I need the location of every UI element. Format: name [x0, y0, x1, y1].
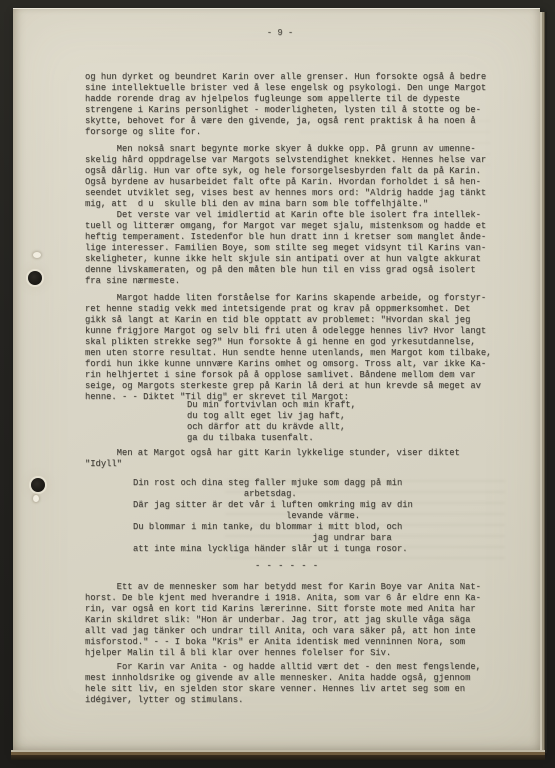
hole-punch-top	[28, 271, 42, 285]
stacked-pages-right-edge	[540, 12, 547, 753]
poem-til-dig: Du min fortvivlan och min kraft, du tog …	[187, 400, 356, 444]
page-number: - 9 -	[85, 28, 475, 39]
paragraph-continuation: og hun dyrket og beundret Karin over all…	[85, 72, 486, 138]
stacked-pages-bottom-edge	[11, 750, 545, 760]
paper-tear-top	[33, 252, 41, 258]
paragraph-idyll-intro: Men at Margot også har gitt Karin lykkel…	[85, 448, 460, 470]
poem-idyll: Din rost och dina steg faller mjuke som …	[133, 478, 413, 555]
paragraph-isolation: Det verste var vel imidlertid at Karin o…	[85, 210, 486, 287]
paragraph-anita-intro: Ett av de mennesker som har betydd mest …	[85, 582, 481, 659]
paragraph-creative-work: Margot hadde liten forståelse for Karins…	[85, 293, 491, 403]
paragraph-anita-character: For Karin var Anita - og hadde alltid væ…	[85, 662, 481, 706]
section-divider: - - - - - -	[255, 561, 319, 572]
paper-tear-bottom	[33, 495, 39, 502]
hole-punch-bottom	[31, 478, 45, 492]
paragraph-dark-clouds: Men nokså snart begynte morke skyer å du…	[85, 144, 486, 210]
scan-stage: - 9 - og hun dyrket og beundret Karin ov…	[0, 0, 555, 768]
